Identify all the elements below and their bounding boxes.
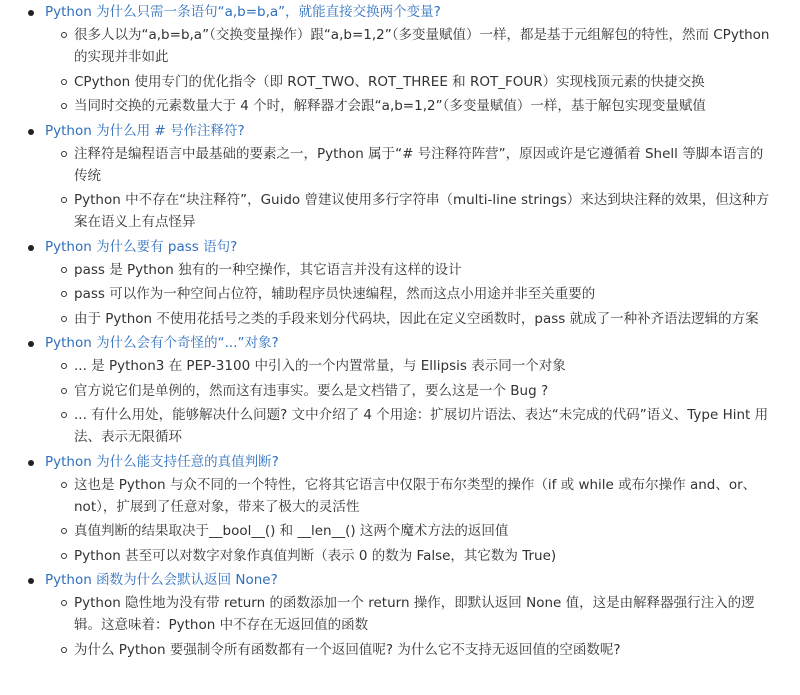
point-text: pass 是 Python 独有的一种空操作，其它语言并没有这样的设计 xyxy=(74,259,774,281)
point-text: Python 甚至可以对数字对象作真值判断（表示 0 的数为 False，其它数… xyxy=(74,545,774,567)
point-text: pass 可以作为一种空间占位符，辅助程序员快速编程，然而这点小用途并非至关重要… xyxy=(74,283,774,305)
point-text: 注释符是编程语言中最基础的要素之一，Python 属于“# 号注释符阵营”，原因… xyxy=(74,143,774,187)
topic-link[interactable]: Python 为什么用 # 号作注释符? xyxy=(45,120,800,143)
list-item: pass 是 Python 独有的一种空操作，其它语言并没有这样的设计 xyxy=(45,259,800,281)
bullet-disc-icon xyxy=(28,578,34,584)
topic-item: Python 为什么只需一条语句“a,b=b,a”，就能直接交换两个变量? 很多… xyxy=(0,1,800,117)
point-text: ... 是 Python3 在 PEP-3100 中引入的一个内置常量，与 El… xyxy=(74,355,774,377)
list-item: ... 有什么用处，能够解决什么问题? 文中介绍了 4 个用途：扩展切片语法、表… xyxy=(45,404,800,448)
bullet-circle-icon xyxy=(61,291,67,297)
list-item: ... 是 Python3 在 PEP-3100 中引入的一个内置常量，与 El… xyxy=(45,355,800,377)
point-text: Python 中不存在“块注释符”，Guido 曾建议使用多行字符串（multi… xyxy=(74,189,774,233)
bullet-circle-icon xyxy=(61,388,67,394)
point-text: ... 有什么用处，能够解决什么问题? 文中介绍了 4 个用途：扩展切片语法、表… xyxy=(74,404,774,448)
topic-item: Python 函数为什么会默认返回 None? Python 隐性地为没有带 r… xyxy=(0,569,800,661)
bullet-circle-icon xyxy=(61,647,67,653)
point-text: 为什么 Python 要强制令所有函数都有一个返回值呢? 为什么它不支持无返回值… xyxy=(74,639,774,661)
bullet-disc-icon xyxy=(28,245,34,251)
bullet-circle-icon xyxy=(61,32,67,38)
topic-item: Python 为什么会有个奇怪的“...”对象? ... 是 Python3 在… xyxy=(0,332,800,448)
point-text: Python 隐性地为没有带 return 的函数添加一个 return 操作，… xyxy=(74,592,774,636)
topic-link[interactable]: Python 为什么能支持任意的真值判断? xyxy=(45,451,800,474)
bullet-disc-icon xyxy=(28,10,34,16)
point-list: 这也是 Python 与众不同的一个特性，它将其它语言中仅限于布尔类型的操作（i… xyxy=(45,474,800,567)
bullet-circle-icon xyxy=(61,79,67,85)
bullet-circle-icon xyxy=(61,316,67,322)
topic-list: Python 为什么只需一条语句“a,b=b,a”，就能直接交换两个变量? 很多… xyxy=(0,1,800,661)
bullet-circle-icon xyxy=(61,482,67,488)
bullet-circle-icon xyxy=(61,528,67,534)
point-text: 很多人以为“a,b=b,a”（交换变量操作）跟“a,b=1,2”（多变量赋值）一… xyxy=(74,24,774,68)
point-list: 很多人以为“a,b=b,a”（交换变量操作）跟“a,b=1,2”（多变量赋值）一… xyxy=(45,24,800,117)
list-item: pass 可以作为一种空间占位符，辅助程序员快速编程，然而这点小用途并非至关重要… xyxy=(45,283,800,305)
topic-link[interactable]: Python 函数为什么会默认返回 None? xyxy=(45,569,800,592)
point-text: 由于 Python 不使用花括号之类的手段来划分代码块，因此在定义空函数时，pa… xyxy=(74,308,774,330)
list-item: 注释符是编程语言中最基础的要素之一，Python 属于“# 号注释符阵营”，原因… xyxy=(45,143,800,187)
point-list: 注释符是编程语言中最基础的要素之一，Python 属于“# 号注释符阵营”，原因… xyxy=(45,143,800,234)
point-text: 当同时交换的元素数量大于 4 个时，解释器才会跟“a,b=1,2”（多变量赋值）… xyxy=(74,95,774,117)
point-text: 真值判断的结果取决于__bool__() 和 __len__() 这两个魔术方法… xyxy=(74,520,774,542)
point-list: Python 隐性地为没有带 return 的函数添加一个 return 操作，… xyxy=(45,592,800,661)
list-item: CPython 使用专门的优化指令（即 ROT_TWO、ROT_THREE 和 … xyxy=(45,71,800,93)
point-text: 这也是 Python 与众不同的一个特性，它将其它语言中仅限于布尔类型的操作（i… xyxy=(74,474,774,518)
bullet-circle-icon xyxy=(61,412,67,418)
list-item: 这也是 Python 与众不同的一个特性，它将其它语言中仅限于布尔类型的操作（i… xyxy=(45,474,800,518)
bullet-disc-icon xyxy=(28,129,34,135)
topic-item: Python 为什么用 # 号作注释符? 注释符是编程语言中最基础的要素之一，P… xyxy=(0,120,800,234)
list-item: 为什么 Python 要强制令所有函数都有一个返回值呢? 为什么它不支持无返回值… xyxy=(45,639,800,661)
bullet-circle-icon xyxy=(61,600,67,606)
bullet-circle-icon xyxy=(61,363,67,369)
bullet-circle-icon xyxy=(61,267,67,273)
bullet-circle-icon xyxy=(61,151,67,157)
list-item: 官方说它们是单例的，然而这有违事实。要么是文档错了，要么这是一个 Bug ? xyxy=(45,380,800,402)
bullet-disc-icon xyxy=(28,341,34,347)
topic-link[interactable]: Python 为什么只需一条语句“a,b=b,a”，就能直接交换两个变量? xyxy=(45,1,800,24)
bullet-circle-icon xyxy=(61,197,67,203)
list-item: 由于 Python 不使用花括号之类的手段来划分代码块，因此在定义空函数时，pa… xyxy=(45,308,800,330)
point-text: 官方说它们是单例的，然而这有违事实。要么是文档错了，要么这是一个 Bug ? xyxy=(74,380,774,402)
bullet-circle-icon xyxy=(61,553,67,559)
point-list: ... 是 Python3 在 PEP-3100 中引入的一个内置常量，与 El… xyxy=(45,355,800,448)
topic-link[interactable]: Python 为什么会有个奇怪的“...”对象? xyxy=(45,332,800,355)
topic-item: Python 为什么要有 pass 语句? pass 是 Python 独有的一… xyxy=(0,236,800,330)
topic-link[interactable]: Python 为什么要有 pass 语句? xyxy=(45,236,800,259)
list-item: 当同时交换的元素数量大于 4 个时，解释器才会跟“a,b=1,2”（多变量赋值）… xyxy=(45,95,800,117)
list-item: Python 隐性地为没有带 return 的函数添加一个 return 操作，… xyxy=(45,592,800,636)
bullet-disc-icon xyxy=(28,460,34,466)
point-text: CPython 使用专门的优化指令（即 ROT_TWO、ROT_THREE 和 … xyxy=(74,71,774,93)
list-item: Python 中不存在“块注释符”，Guido 曾建议使用多行字符串（multi… xyxy=(45,189,800,233)
point-list: pass 是 Python 独有的一种空操作，其它语言并没有这样的设计 pass… xyxy=(45,259,800,330)
list-item: 很多人以为“a,b=b,a”（交换变量操作）跟“a,b=1,2”（多变量赋值）一… xyxy=(45,24,800,68)
bullet-circle-icon xyxy=(61,103,67,109)
list-item: Python 甚至可以对数字对象作真值判断（表示 0 的数为 False，其它数… xyxy=(45,545,800,567)
topic-item: Python 为什么能支持任意的真值判断? 这也是 Python 与众不同的一个… xyxy=(0,451,800,567)
article-list: Python 为什么只需一条语句“a,b=b,a”，就能直接交换两个变量? 很多… xyxy=(0,0,800,661)
list-item: 真值判断的结果取决于__bool__() 和 __len__() 这两个魔术方法… xyxy=(45,520,800,542)
